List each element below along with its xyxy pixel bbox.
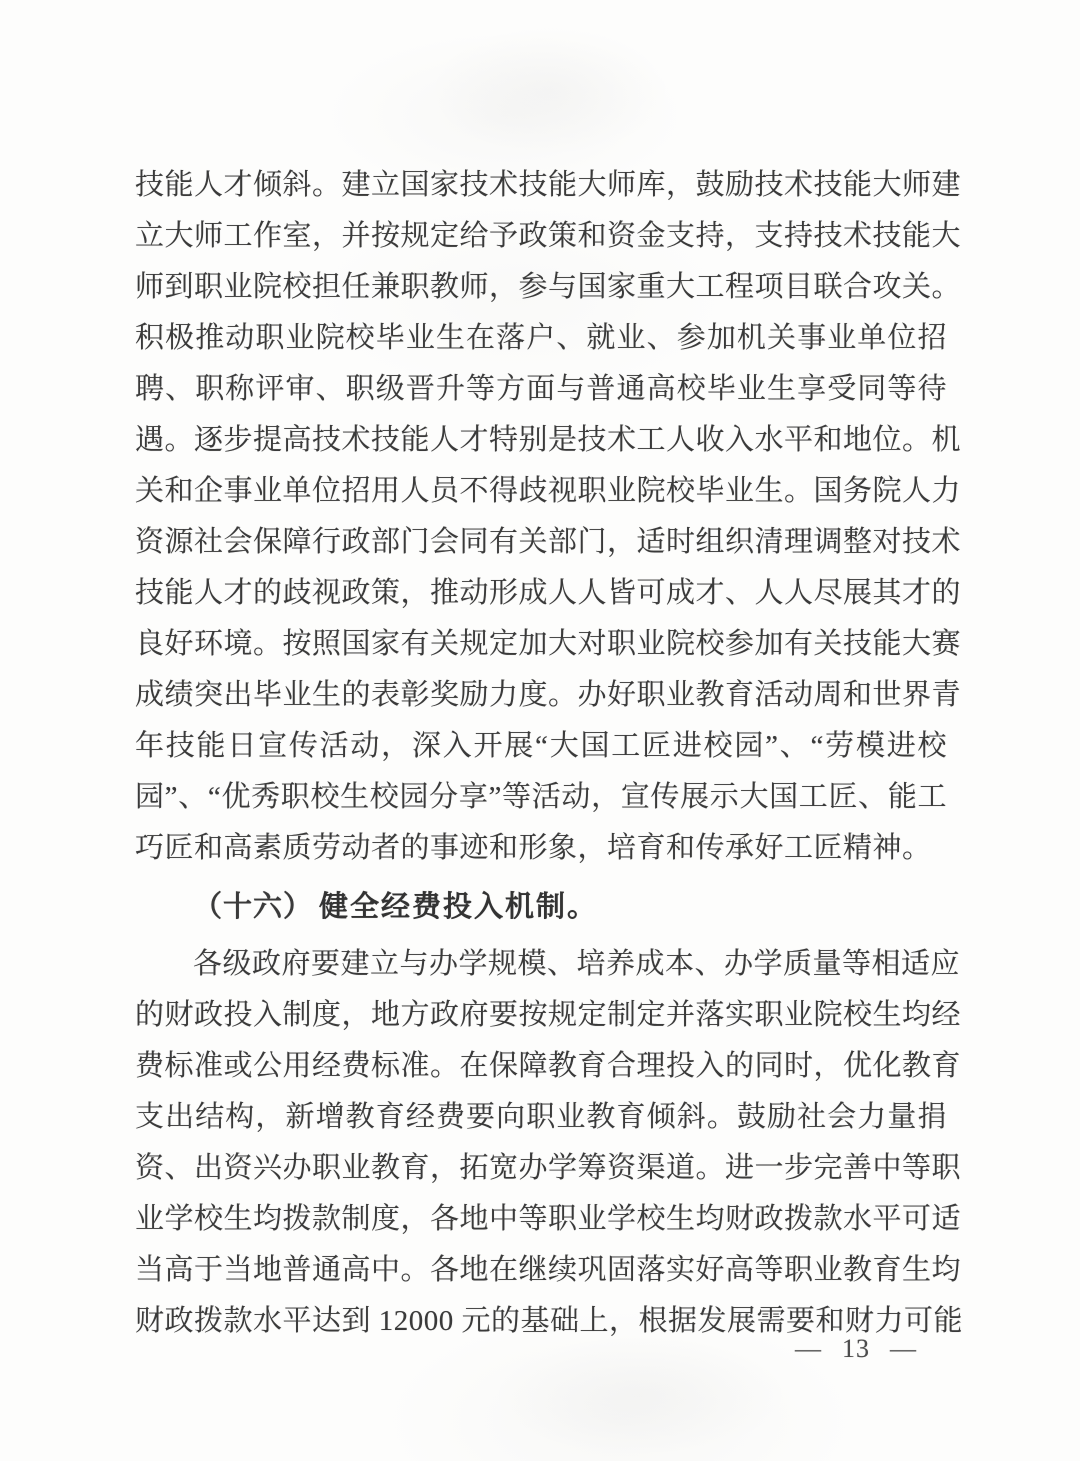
text-line: 聘、职称评审、职级晋升等方面与普通高校毕业生享受同等待 (135, 364, 947, 415)
scan-smudge (480, 1330, 800, 1460)
text-line: 关和企事业单位招用人员不得歧视职业院校毕业生。国务院人力 (135, 466, 947, 517)
document-body: 技能人才倾斜。建立国家技术技能大师库，鼓励技术技能大师建 立大师工作室，并按规定… (135, 160, 947, 1347)
text-line: 支出结构，新增教育经费要向职业教育倾斜。鼓励社会力量捐 (135, 1092, 947, 1143)
section-title: 健全经费投入机制。 (319, 891, 598, 923)
section-number: （十六） (193, 891, 313, 923)
text-line: 当高于当地普通高中。各地在继续巩固落实好高等职业教育生均 (135, 1245, 947, 1296)
text-line: 技能人才的歧视政策，推动形成人人皆可成才、人人尽展其才的 (135, 568, 947, 619)
text-line: 年技能日宣传活动，深入开展“大国工匠进校园”、“劳模进校 (135, 721, 947, 772)
text-line: 费标准或公用经费标准。在保障教育合理投入的同时，优化教育 (135, 1041, 947, 1092)
text-line: 资、出资兴办职业教育，拓宽办学筹资渠道。进一步完善中等职 (135, 1143, 947, 1194)
text-line: 师到职业院校担任兼职教师，参与国家重大工程项目联合攻关。 (135, 262, 947, 313)
page-number-left-dash: — (795, 1334, 822, 1363)
text-line: 遇。逐步提高技术技能人才特别是技术工人收入水平和地位。机 (135, 415, 947, 466)
document-page: 技能人才倾斜。建立国家技术技能大师库，鼓励技术技能大师建 立大师工作室，并按规定… (0, 0, 1080, 1461)
text-line: 技能人才倾斜。建立国家技术技能大师库，鼓励技术技能大师建 (135, 160, 947, 211)
section-heading: （十六）健全经费投入机制。 (135, 882, 947, 933)
scan-smudge (420, 20, 680, 160)
text-line: 资源社会保障行政部门会同有关部门，适时组织清理调整对技术 (135, 517, 947, 568)
text-line: 的财政投入制度，地方政府要按规定制定并落实职业院校生均经 (135, 990, 947, 1041)
text-line: 业学校生均拨款制度，各地中等职业学校生均财政拨款水平可适 (135, 1194, 947, 1245)
text-line: 巧匠和高素质劳动者的事迹和形象，培育和传承好工匠精神。 (135, 823, 947, 874)
text-line: 园”、“优秀职校生校园分享”等活动，宣传展示大国工匠、能工 (135, 772, 947, 823)
page-number: —13— (795, 1334, 917, 1364)
page-number-value: 13 (842, 1334, 870, 1363)
text-line: 积极推动职业院校毕业生在落户、就业、参加机关事业单位招 (135, 313, 947, 364)
page-number-right-dash: — (890, 1334, 917, 1363)
text-line: 各级政府要建立与办学规模、培养成本、办学质量等相适应 (135, 939, 947, 990)
text-line: 成绩突出毕业生的表彰奖励力度。办好职业教育活动周和世界青 (135, 670, 947, 721)
text-line: 立大师工作室，并按规定给予政策和资金支持，支持技术技能大 (135, 211, 947, 262)
text-line: 良好环境。按照国家有关规定加大对职业院校参加有关技能大赛 (135, 619, 947, 670)
